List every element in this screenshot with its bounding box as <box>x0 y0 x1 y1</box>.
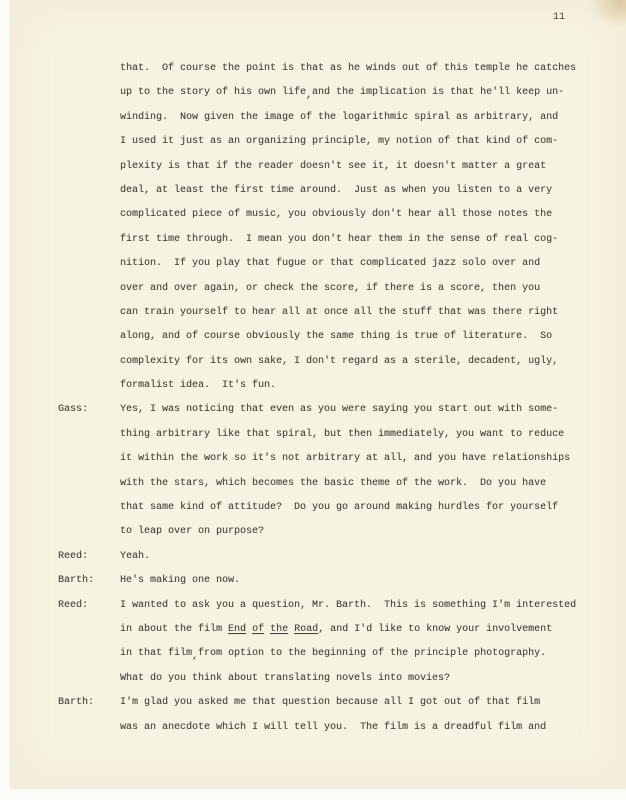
speaker-label: Reed: <box>58 594 120 618</box>
line-text: complexity for its own sake, I don't reg… <box>120 356 558 367</box>
transcript-line: Reed:I wanted to ask you a question, Mr.… <box>58 594 598 618</box>
transcript-line: that same kind of attitude? Do you go ar… <box>58 496 598 520</box>
line-text: thing arbitrary like that spiral, but th… <box>120 429 564 440</box>
line-text: and the implication is that he'll keep u… <box>312 87 564 98</box>
transcript-line: first time through. I mean you don't hea… <box>58 228 598 252</box>
transcript-line: along, and of course obviously the same … <box>58 325 598 349</box>
film-title-word: Road <box>294 624 318 635</box>
line-text: , and I'd like to know your involvement <box>318 624 552 635</box>
line-text: first time through. I mean you don't hea… <box>120 234 558 245</box>
transcript-line: that. Of course the point is that as he … <box>58 57 598 81</box>
line-text: to leap over on purpose? <box>120 526 264 537</box>
transcript-line: it within the work so it's not arbitrary… <box>58 447 598 471</box>
transcript-line: deal, at least the first time around. Ju… <box>58 179 598 203</box>
line-text: I wanted to ask you a question, Mr. Bart… <box>120 600 576 611</box>
line-text: I used it just as an organizing principl… <box>120 136 558 147</box>
transcript-line: nition. If you play that fugue or that c… <box>58 252 598 276</box>
transcript-line: in that film,from option to the beginnin… <box>58 642 598 666</box>
line-text: He's making one now. <box>120 575 240 586</box>
transcript-line: over and over again, or check the score,… <box>58 277 598 301</box>
transcript-line: in about the film End of the Road, and I… <box>58 618 598 642</box>
line-text: in that film <box>120 648 192 659</box>
speaker-label: Barth: <box>58 569 120 593</box>
film-title-word: the <box>270 624 288 635</box>
line-text: deal, at least the first time around. Ju… <box>120 185 552 196</box>
line-text: complicated piece of music, you obviousl… <box>120 209 552 220</box>
transcript-line: up to the story of his own life,and the … <box>58 81 598 105</box>
transcript-line: was an anecdote which I will tell you. T… <box>58 716 598 740</box>
line-text: that. Of course the point is that as he … <box>120 63 576 74</box>
transcript-line: complexity for its own sake, I don't reg… <box>58 350 598 374</box>
transcript-line: Barth:He's making one now. <box>58 569 598 593</box>
transcript-line: formalist idea. It's fun. <box>58 374 598 398</box>
transcript-line: to leap over on purpose? <box>58 520 598 544</box>
line-text: Yes, I was noticing that even as you wer… <box>120 404 558 415</box>
paper-stain <box>588 0 626 28</box>
line-text: I'm glad you asked me that question beca… <box>120 697 540 708</box>
line-text: formalist idea. It's fun. <box>120 380 276 391</box>
line-text: What do you think about translating nove… <box>120 673 450 684</box>
speaker-label: Gass: <box>58 398 120 422</box>
line-text: was an anecdote which I will tell you. T… <box>120 722 546 733</box>
transcript-line: thing arbitrary like that spiral, but th… <box>58 423 598 447</box>
transcript-line: can train yourself to hear all at once a… <box>58 301 598 325</box>
transcript-line: Barth:I'm glad you asked me that questio… <box>58 691 598 715</box>
transcript-line: with the stars, which becomes the basic … <box>58 472 598 496</box>
transcript-line: Gass:Yes, I was noticing that even as yo… <box>58 398 598 422</box>
line-text: plexity is that if the reader doesn't se… <box>120 161 546 172</box>
line-text: it within the work so it's not arbitrary… <box>120 453 570 464</box>
transcript-line: What do you think about translating nove… <box>58 667 598 691</box>
inserted-comma: , <box>192 651 198 662</box>
line-text: in about the film <box>120 624 228 635</box>
line-text: along, and of course obviously the same … <box>120 331 552 342</box>
page-number: 11 <box>553 12 565 23</box>
line-text: over and over again, or check the score,… <box>120 283 540 294</box>
inserted-comma: , <box>306 90 312 101</box>
line-text: can train yourself to hear all at once a… <box>120 307 558 318</box>
line-text: nition. If you play that fugue or that c… <box>120 258 540 269</box>
speaker-label: Barth: <box>58 691 120 715</box>
speaker-label: Reed: <box>58 545 120 569</box>
line-text: Yeah. <box>120 551 150 562</box>
line-text: winding. Now given the image of the loga… <box>120 112 558 123</box>
line-text: that same kind of attitude? Do you go ar… <box>120 502 558 513</box>
film-title-word: End <box>228 624 246 635</box>
line-text: from option to the beginning of the prin… <box>198 648 546 659</box>
transcript-line: I used it just as an organizing principl… <box>58 130 598 154</box>
transcript-text: that. Of course the point is that as he … <box>58 57 598 740</box>
line-text: with the stars, which becomes the basic … <box>120 478 546 489</box>
film-title-word: of <box>252 624 264 635</box>
transcript-line: Reed:Yeah. <box>58 545 598 569</box>
transcript-line: winding. Now given the image of the loga… <box>58 106 598 130</box>
transcript-line: complicated piece of music, you obviousl… <box>58 203 598 227</box>
transcript-line: plexity is that if the reader doesn't se… <box>58 155 598 179</box>
line-text: up to the story of his own life <box>120 87 306 98</box>
